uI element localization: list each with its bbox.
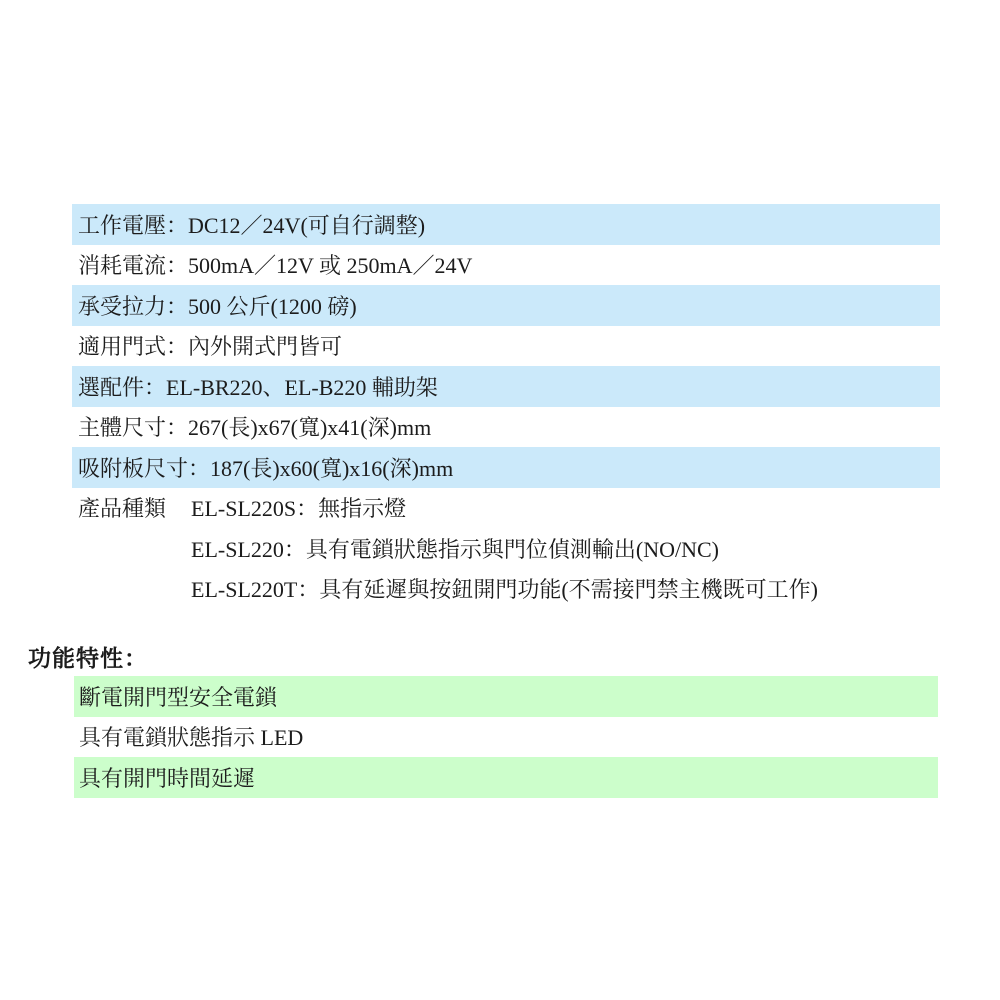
- spec-row-product-types: 產品種類 EL-SL220S：無指示燈 EL-SL220：具有電鎖狀態指示與門位…: [72, 488, 940, 610]
- spec-row-optional-accessories: 選配件：EL-BR220、EL-B220 輔助架: [72, 366, 940, 407]
- spec-row-armature-plate-dimensions: 吸附板尺寸：187(長)x60(寬)x16(深)mm: [72, 447, 940, 488]
- product-types-label: 產品種類: [78, 488, 191, 529]
- spec-row-text: 主體尺寸：267(長)x67(寬)x41(深)mm: [78, 411, 431, 442]
- feature-row-led-status-indicator: 具有電鎖狀態指示 LED: [74, 717, 938, 758]
- spec-row-current-consumption: 消耗電流：500mA／12V 或 250mA／24V: [72, 245, 940, 286]
- spec-row-text: 選配件：EL-BR220、EL-B220 輔助架: [78, 371, 438, 402]
- product-type-item: EL-SL220：具有電鎖狀態指示與門位偵測輸出(NO/NC): [191, 528, 940, 569]
- feature-row-door-open-time-delay: 具有開門時間延遲: [74, 757, 938, 798]
- product-type-item: EL-SL220T：具有延遲與按鈕開門功能(不需接門禁主機既可工作): [191, 569, 940, 610]
- spec-row-body-dimensions: 主體尺寸：267(長)x67(寬)x41(深)mm: [72, 407, 940, 448]
- spec-table: 工作電壓：DC12／24V(可自行調整) 消耗電流：500mA／12V 或 25…: [72, 204, 940, 609]
- spec-row-text: 消耗電流：500mA／12V 或 250mA／24V: [78, 249, 472, 280]
- feature-row-text: 具有電鎖狀態指示 LED: [79, 721, 303, 752]
- product-type-item: EL-SL220S：無指示燈: [191, 488, 940, 529]
- spec-row-text: 承受拉力：500 公斤(1200 磅): [78, 290, 357, 321]
- spec-row-holding-force: 承受拉力：500 公斤(1200 磅): [72, 285, 940, 326]
- spec-row-text: 工作電壓：DC12／24V(可自行調整): [78, 209, 425, 240]
- spec-row-text: 吸附板尺寸：187(長)x60(寬)x16(深)mm: [78, 452, 453, 483]
- features-heading: 功能特性：: [28, 640, 148, 673]
- feature-row-text: 斷電開門型安全電鎖: [79, 681, 277, 712]
- spec-row-text: 適用門式：內外開式門皆可: [78, 330, 342, 361]
- feature-row-fail-safe-lock: 斷電開門型安全電鎖: [74, 676, 938, 717]
- features-list: 斷電開門型安全電鎖 具有電鎖狀態指示 LED 具有開門時間延遲: [74, 676, 938, 798]
- spec-row-operating-voltage: 工作電壓：DC12／24V(可自行調整): [72, 204, 940, 245]
- feature-row-text: 具有開門時間延遲: [79, 762, 255, 793]
- product-types-list: EL-SL220S：無指示燈 EL-SL220：具有電鎖狀態指示與門位偵測輸出(…: [191, 488, 940, 610]
- spec-row-door-type: 適用門式：內外開式門皆可: [72, 326, 940, 367]
